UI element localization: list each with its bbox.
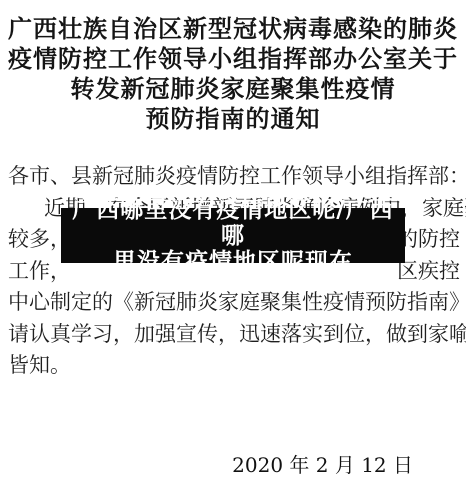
salutation-line: 各市、县新冠肺炎疫情防控工作领导小组指挥部： <box>8 161 460 193</box>
notice-title-line-3: 转发新冠肺炎家庭聚集性疫情 <box>0 74 466 104</box>
notice-date: 2020 年 2 月 12 日 <box>232 449 413 478</box>
body-line-5-text: 请认真学习，加强宣传，迅速落实到位，做到家喻户晓，人人 <box>8 322 466 346</box>
caption-overlay-line-1: 广西哪里没有疫情地区呢/广西哪 <box>61 197 405 249</box>
body-line-3-right-fragment: 区疾控 <box>397 256 460 288</box>
document-page: 广西壮族自治区新型冠状病毒感染的肺炎 疫情防控工作领导小组指挥部办公室关于 转发… <box>0 0 466 478</box>
body-line-6-text: 皆知。 <box>8 353 71 377</box>
body-line-5: 请认真学习，加强宣传，迅速落实到位，做到家喻户晓，人人 <box>8 319 460 351</box>
body-line-4: 中心制定的《新冠肺炎家庭聚集性疫情预防指南》转发给你们， <box>8 287 460 319</box>
body-line-6: 皆知。 <box>8 350 460 382</box>
notice-title: 广西壮族自治区新型冠状病毒感染的肺炎 疫情防控工作领导小组指挥部办公室关于 转发… <box>0 14 466 134</box>
notice-title-line-4: 预防指南的通知 <box>0 104 466 134</box>
notice-title-line-2: 疫情防控工作领导小组指挥部办公室关于 <box>0 44 466 74</box>
body-line-4-text: 中心制定的《新冠肺炎家庭聚集性疫情预防指南》转发给你们， <box>8 290 466 314</box>
caption-overlay-line-2: 里没有疫情地区呢现在 <box>113 249 353 275</box>
notice-title-line-1: 广西壮族自治区新型冠状病毒感染的肺炎 <box>0 14 466 44</box>
caption-overlay-box: 广西哪里没有疫情地区呢/广西哪 里没有疫情地区呢现在 <box>61 208 405 263</box>
salutation-text: 各市、县新冠肺炎疫情防控工作领导小组指挥部： <box>8 164 466 188</box>
body-line-2-right-fragment: 的防控 <box>397 224 460 256</box>
